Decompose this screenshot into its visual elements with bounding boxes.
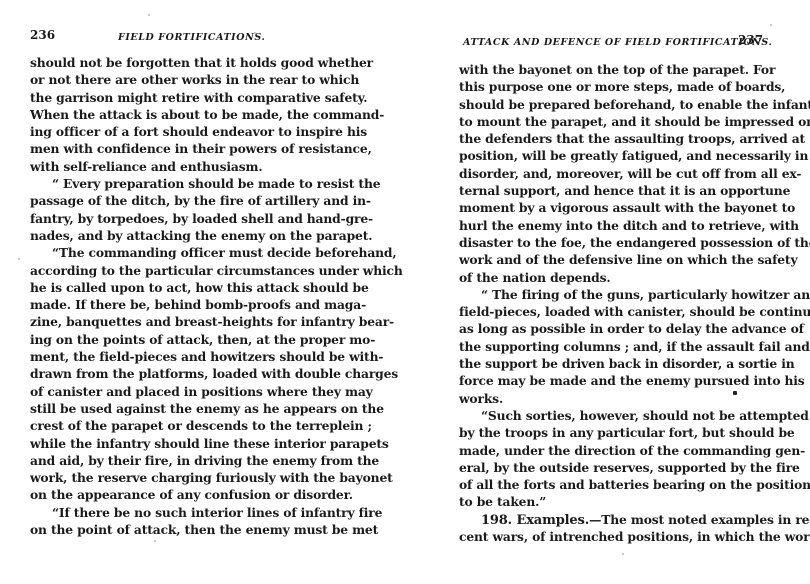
text-line: nades, and by attacking the enemy on the… [30, 227, 330, 244]
text-line: and aid, by their fire, in driving the e… [30, 452, 330, 469]
section-title: Examples. [516, 513, 589, 528]
text-line: work and of the defensive line on which … [459, 251, 763, 268]
left-page: 236 FIELD FORTIFICATIONS. should not be … [0, 0, 400, 584]
text-line: “ Every preparation should be made to re… [30, 175, 330, 192]
text-line: to be taken.” [459, 493, 763, 510]
text-line: this purpose one or more steps, made of … [459, 78, 763, 95]
scan-speck [18, 258, 20, 260]
text-line: hurl the enemy into the ditch and to ret… [459, 217, 763, 234]
text-line: by the troops in any particular fort, bu… [459, 424, 763, 441]
text-line: When the attack is about to be made, the… [30, 106, 330, 123]
text-line: on the point of attack, then the enemy m… [30, 521, 330, 538]
text-line: “If there be no such interior lines of i… [30, 504, 330, 521]
text-line: works. [459, 390, 763, 407]
text-line: “ The firing of the guns, particularly h… [459, 286, 763, 303]
section-number: 198. [481, 513, 516, 528]
text-line: “The commanding officer must decide befo… [30, 244, 330, 261]
text-line: position, will be greatly fatigued, and … [459, 147, 763, 164]
scan-speck [154, 540, 156, 542]
text-line: should be prepared beforehand, to enable… [459, 96, 763, 113]
text-line: passage of the ditch, by the fire of art… [30, 192, 330, 209]
body-text: should not be forgotten that it holds go… [30, 54, 330, 538]
text-line: while the infantry should line these int… [30, 435, 330, 452]
text-line: made. If there be, behind bomb-proofs an… [30, 296, 330, 313]
page-number: 236 [30, 28, 55, 42]
text-line: “Such sorties, however, should not be at… [459, 407, 763, 424]
text-line: of the nation depends. [459, 269, 763, 286]
running-head: ATTACK AND DEFENCE OF FIELD FORTIFICATIO… [463, 37, 772, 48]
text-line: according to the particular circumstance… [30, 262, 330, 279]
text-line: or not there are other works in the rear… [30, 71, 330, 88]
scan-speck [338, 128, 340, 130]
section-text: —The most noted examples in re- [589, 512, 810, 527]
text-line: drawn from the platforms, loaded with do… [30, 365, 330, 382]
text-line: made, under the direction of the command… [459, 442, 763, 459]
text-line: should not be forgotten that it holds go… [30, 54, 330, 71]
text-line: field-pieces, loaded with canister, shou… [459, 303, 763, 320]
text-line: with the bayonet on the top of the parap… [459, 61, 763, 78]
scan-speck [254, 32, 256, 34]
text-line: he is called upon to act, how this attac… [30, 279, 330, 296]
page-number: 237 [738, 33, 763, 47]
text-line: on the appearance of any confusion or di… [30, 486, 330, 503]
text-line: fantry, by torpedoes, by loaded shell an… [30, 210, 330, 227]
text-line: of all the forts and batteries bearing o… [459, 476, 763, 493]
running-head: FIELD FORTIFICATIONS. [118, 32, 265, 43]
text-line: the supporting columns ; and, if the ass… [459, 338, 763, 355]
text-line: ment, the field-pieces and howitzers sho… [30, 348, 330, 365]
text-line: force may be made and the enemy pursued … [459, 372, 763, 389]
section-heading-line: 198. Examples.—The most noted examples i… [459, 511, 763, 528]
text-line: the garrison might retire with comparati… [30, 89, 330, 106]
text-line: the defenders that the assaulting troops… [459, 130, 763, 147]
right-page: ATTACK AND DEFENCE OF FIELD FORTIFICATIO… [400, 0, 810, 584]
text-line: to mount the parapet, and it should be i… [459, 113, 763, 130]
scan-speck [770, 24, 772, 26]
text-line: ing on the points of attack, then, at th… [30, 331, 330, 348]
text-line: with self-reliance and enthusiasm. [30, 158, 330, 175]
text-line: ternal support, and hence that it is an … [459, 182, 763, 199]
text-line: disaster to the foe, the endangered poss… [459, 234, 763, 251]
text-line: still be used against the enemy as he ap… [30, 400, 330, 417]
scan-speck [733, 391, 737, 395]
text-line: work, the reserve charging furiously wit… [30, 469, 330, 486]
scan-speck [622, 553, 624, 555]
text-line: moment by a vigorous assault with the ba… [459, 199, 763, 216]
text-line: cent wars, of intrenched positions, in w… [459, 528, 763, 545]
text-line: the support be driven back in disorder, … [459, 355, 763, 372]
text-line: zine, banquettes and breast-heights for … [30, 313, 330, 330]
text-line: disorder, and, moreover, will be cut off… [459, 165, 763, 182]
text-line: eral, by the outside reserves, supported… [459, 459, 763, 476]
body-text: with the bayonet on the top of the parap… [459, 61, 763, 545]
text-line: as long as possible in order to delay th… [459, 320, 763, 337]
text-line: crest of the parapet or descends to the … [30, 417, 330, 434]
scan-speck [148, 14, 150, 16]
text-line: ing officer of a fort should endeavor to… [30, 123, 330, 140]
text-line: of canister and placed in positions wher… [30, 383, 330, 400]
text-line: men with confidence in their powers of r… [30, 140, 330, 157]
